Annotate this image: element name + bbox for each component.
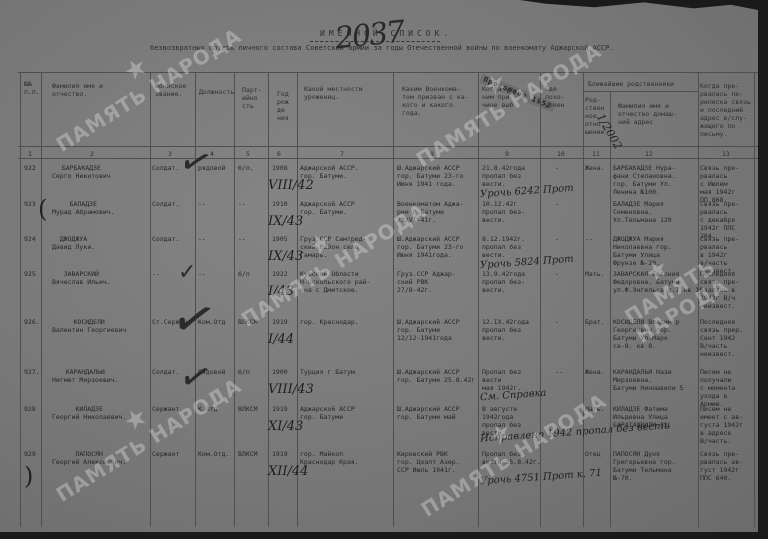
birth-year: 1919 [272, 450, 288, 458]
checkmark-icon: ✓ [175, 352, 217, 403]
enlisted-info: Ш.Аджарский АССР гор. Батуми 23-го Июня … [397, 235, 464, 259]
column-number: 9 [505, 150, 509, 158]
party-membership: -- [238, 200, 246, 208]
header-enlisted: Каким Военкома- том призван с ка- кого и… [402, 85, 469, 117]
row-number: 922 [24, 164, 36, 172]
relative-name-address: БАРБАКАДЗЕ Нура- фани Степановна. гор. Б… [613, 164, 676, 196]
burial-place: - [555, 200, 559, 208]
header-birthplace: Какой местности уроженец. [304, 85, 363, 101]
position: -- [198, 270, 206, 278]
birthplace: Груз.ССР Самтред- ский Район село Гамарь… [300, 235, 367, 259]
birthplace: Турция г Батум [300, 368, 355, 376]
handwritten-date-note: VIII/43 [268, 382, 314, 397]
torn-edge [520, 0, 768, 12]
person-name: ПАПОСЯН Георгий Алексеевич. [52, 450, 126, 466]
burial-place: - [555, 318, 559, 326]
relation: Жена. [585, 164, 605, 172]
fate-date: 21.8.42года пропал без вести. [482, 164, 525, 188]
person-name: КАРАНДАЛЬИ Нигмет Мирзоевич. [52, 368, 119, 384]
contact-lost: Последняя связь прер. Сент 1942 В/часть … [700, 318, 743, 358]
burial-place: - [555, 164, 559, 172]
bracket-mark-icon: ) [24, 462, 33, 490]
bracket-mark-icon: ( [38, 195, 47, 223]
enlisted-info: Ш.Аджарский АССР гор. Батуми 12/12-1941г… [397, 318, 460, 342]
birthplace: гор. Краснодар. [300, 318, 359, 326]
birth-year: 1919 [272, 405, 288, 413]
fate-date: Пропал без вести 25.8.42г. [482, 450, 541, 466]
party-membership: б/п. [238, 164, 254, 172]
fate-date: Пропал без вести мая 1942г. [482, 368, 521, 392]
handwritten-date-note: XI/43 [268, 419, 303, 434]
row-number: 926. [24, 318, 40, 326]
column-number: 11 [592, 150, 600, 158]
birthplace: гор. Майкоп Краснодар Края. [300, 450, 359, 466]
relative-name-address: ДЖОДЖУА Мария Николаевна гор. Батуми Ули… [613, 235, 672, 267]
col-border [234, 72, 235, 527]
birthplace: Аджарской АССР гор. Батуми [300, 405, 355, 421]
birth-year: 1905 [272, 235, 288, 243]
position: К.Отд [198, 405, 218, 413]
position: -- [198, 200, 206, 208]
column-number: 8 [430, 150, 434, 158]
row-number: 927. [24, 368, 40, 376]
party-membership: ВЛКСМ [238, 405, 258, 413]
handwritten-date-note: IX/43 [268, 249, 303, 264]
fate-date: 8.12.1942г. пропал без вести. [482, 235, 525, 259]
birth-year: 1919 [272, 318, 288, 326]
header-contact-lost: Когда пре- рвалась пе- реписка связь и п… [700, 82, 751, 138]
burial-place: - [555, 235, 559, 243]
burial-place: -- [555, 368, 563, 376]
header-num: №№ п.п. [24, 80, 40, 96]
col-border [268, 72, 269, 527]
checkmark-icon: ✓ [178, 260, 196, 285]
handwritten-date-note: IX/43 [268, 214, 303, 229]
row-number: 923 [24, 200, 36, 208]
colnum-bottom-border [18, 158, 758, 159]
relatives-group-border [583, 91, 698, 92]
row-number: 928 [24, 405, 36, 413]
burial-place: - [555, 270, 559, 278]
handwritten-date-note: I/44 [268, 332, 294, 347]
col-border [583, 72, 584, 527]
relative-name-address: КОСИДЕЛИ Владимир Георгиевич гор. Батуми… [613, 318, 680, 350]
col-border [20, 72, 21, 527]
party-membership: ВЛКСМ [238, 318, 258, 326]
checkmark-icon: ✓ [173, 136, 218, 188]
col-border [698, 72, 699, 527]
relation: Брат. [585, 318, 605, 326]
party-membership: -- [238, 235, 246, 243]
row-number: 929 [24, 450, 36, 458]
birth-year: 1922 [272, 270, 288, 278]
relation: Жена. [585, 368, 605, 376]
col-border [754, 72, 755, 527]
enlisted-info: Ш.Аджарский АССР гор. Батуми 23-го Июня … [397, 164, 464, 188]
fate-date: 10.12.42г пропал без- вести. [482, 200, 525, 224]
contact-lost: Связь пре- рвалась в 1942г в/часть неизв… [700, 235, 739, 275]
header-name: Фамилия имя и отчество. [52, 82, 103, 98]
col-border [610, 91, 611, 527]
handwritten-date-note: I/43 [268, 284, 294, 299]
birth-year: 1900 [272, 368, 288, 376]
relative-name-address: БАЛАДЗЕ Мария Семеновна. Ул.Тельмана 120 [613, 200, 672, 224]
person-name: БАЛАДЗЕ Мурад Абрамович. [52, 200, 115, 216]
contact-lost: Писем не имеет с ав- густа 1942г в адрес… [700, 405, 743, 445]
column-number: 5 [246, 150, 250, 158]
enlisted-info: Ш.Аджарский АССР гор. Батуми 25.8.42г [397, 368, 475, 384]
star-icon: ★ [39, 2, 234, 137]
person-name: КОСИДЕЛИ Валентин Георгиевич [52, 318, 126, 334]
col-border [41, 72, 42, 527]
relative-name-address: ЗАВАРСКАЯ Евгения Федоровна. Батуми ул.Ф… [613, 270, 707, 294]
party-membership: ВЛКСМ [238, 450, 258, 458]
contact-lost: Писем не получали с момента ухода в Арми… [700, 368, 735, 408]
col-border [297, 72, 298, 527]
col-border [478, 72, 479, 527]
enlisted-info: Груз.ССР Аджар- ский РВК 27/8-42г. [397, 270, 456, 294]
contact-lost: Связь пре- рвалась с декабря 1942г ППС 2… [700, 200, 739, 240]
birth-year: 1910 [272, 200, 288, 208]
document-scan: ИМЕННОЙ СПИСОК. безвозвратных потерь лич… [0, 0, 758, 532]
person-name: БАРБАКАДЗЕ Серго Никитович [52, 164, 111, 180]
watermark-logo: ★ПАМЯТЬ НАРОДА [39, 2, 246, 156]
header-where: Где похо- ронен [545, 85, 565, 109]
enlisted-info: Кировский РВК гор. Цхалт Азер. ССР Июль … [397, 450, 460, 474]
contact-lost: Связь пре- рвалась с Июлем мая 1942г ПП.… [700, 164, 739, 204]
relation: Мать. [585, 405, 605, 413]
birthplace: Аджарской АССР гор. Батуми. [300, 200, 355, 216]
party-membership: б/п [238, 368, 250, 376]
position: -- [198, 235, 206, 243]
person-name: КИЛАДЗЕ Георгий Николаевич. [52, 405, 126, 421]
row-number: 924 [24, 235, 36, 243]
enlisted-info: Ш.Аджарский АССР гор. Батуми май [397, 405, 460, 421]
header-relatives-group: Ближайшие родственники [588, 80, 674, 88]
header-relative-name: Фамилия имя и отчество домаш- ний адрес [618, 102, 677, 126]
col-border [393, 72, 394, 527]
fate-date: 13.9.42года пропал без- вести. [482, 270, 525, 294]
column-number: 12 [645, 150, 653, 158]
table-top-border [18, 72, 758, 73]
column-number: 3 [168, 150, 172, 158]
row-number: 925 [24, 270, 36, 278]
relation: Отец [585, 450, 601, 458]
column-number: 10 [557, 150, 565, 158]
handwritten-date-note: VIII/42 [268, 178, 314, 193]
column-number: 6 [277, 150, 281, 158]
contact-lost: Связь пре- рвалась ав- густ 1942г ППС 64… [700, 450, 743, 482]
military-rank: -- [152, 270, 160, 278]
person-name: ДЖОДЖУА Давид Луки. [52, 235, 95, 251]
relative-name-address: ПАПОСЯН Дуня Григорьевна гор. Батуми Тел… [613, 450, 676, 482]
header-bottom-border [18, 146, 758, 147]
party-membership: б/п [238, 270, 250, 278]
military-rank: Сержант [152, 450, 179, 458]
header-when-fate: Когда ме- ним при- чине выб [482, 85, 517, 109]
header-rank: Воинское звание. [155, 82, 186, 98]
military-rank: Сержант. [152, 405, 183, 413]
relation: Мать. [585, 270, 605, 278]
birth-year: 1908 [272, 164, 288, 172]
fate-date: 12.IX.42года пропал без вести. [482, 318, 529, 342]
checkmark-icon: ✓ [165, 285, 223, 354]
military-rank: Солдат. [152, 368, 179, 376]
column-number: 7 [340, 150, 344, 158]
column-number: 1 [28, 150, 32, 158]
birthplace: Курской Области Н-Оскольского рай- она с… [300, 270, 370, 294]
header-party: Парт- ийно сть [242, 86, 262, 110]
relative-name-address: КАРАНДАЛЬИ Нази Мирзоевна. Батуми Ниношв… [613, 368, 683, 392]
person-name: ЗАВАРСКИЙ Вячеслав Ильич. [52, 270, 111, 286]
position: Ком.Отд. [198, 450, 229, 458]
header-birth-year: Год рож де ния [277, 90, 289, 122]
contact-lost: Последняя связь пре- рвалась в 1942г В/ч… [700, 270, 739, 310]
enlisted-info: Военкоматом Аджа- рии г Батуми 23/VI-41г… [397, 200, 464, 224]
column-number: 2 [90, 150, 94, 158]
column-number: 13 [722, 150, 730, 158]
military-rank: Солдат. [152, 200, 179, 208]
military-rank: Солдат. [152, 235, 179, 243]
relation: -- [585, 235, 593, 243]
handwritten-date-note: XII/44 [268, 464, 308, 479]
handwritten-archive-number: 2037 [333, 15, 405, 57]
header-position: Должность [199, 88, 234, 96]
col-border [150, 72, 151, 527]
